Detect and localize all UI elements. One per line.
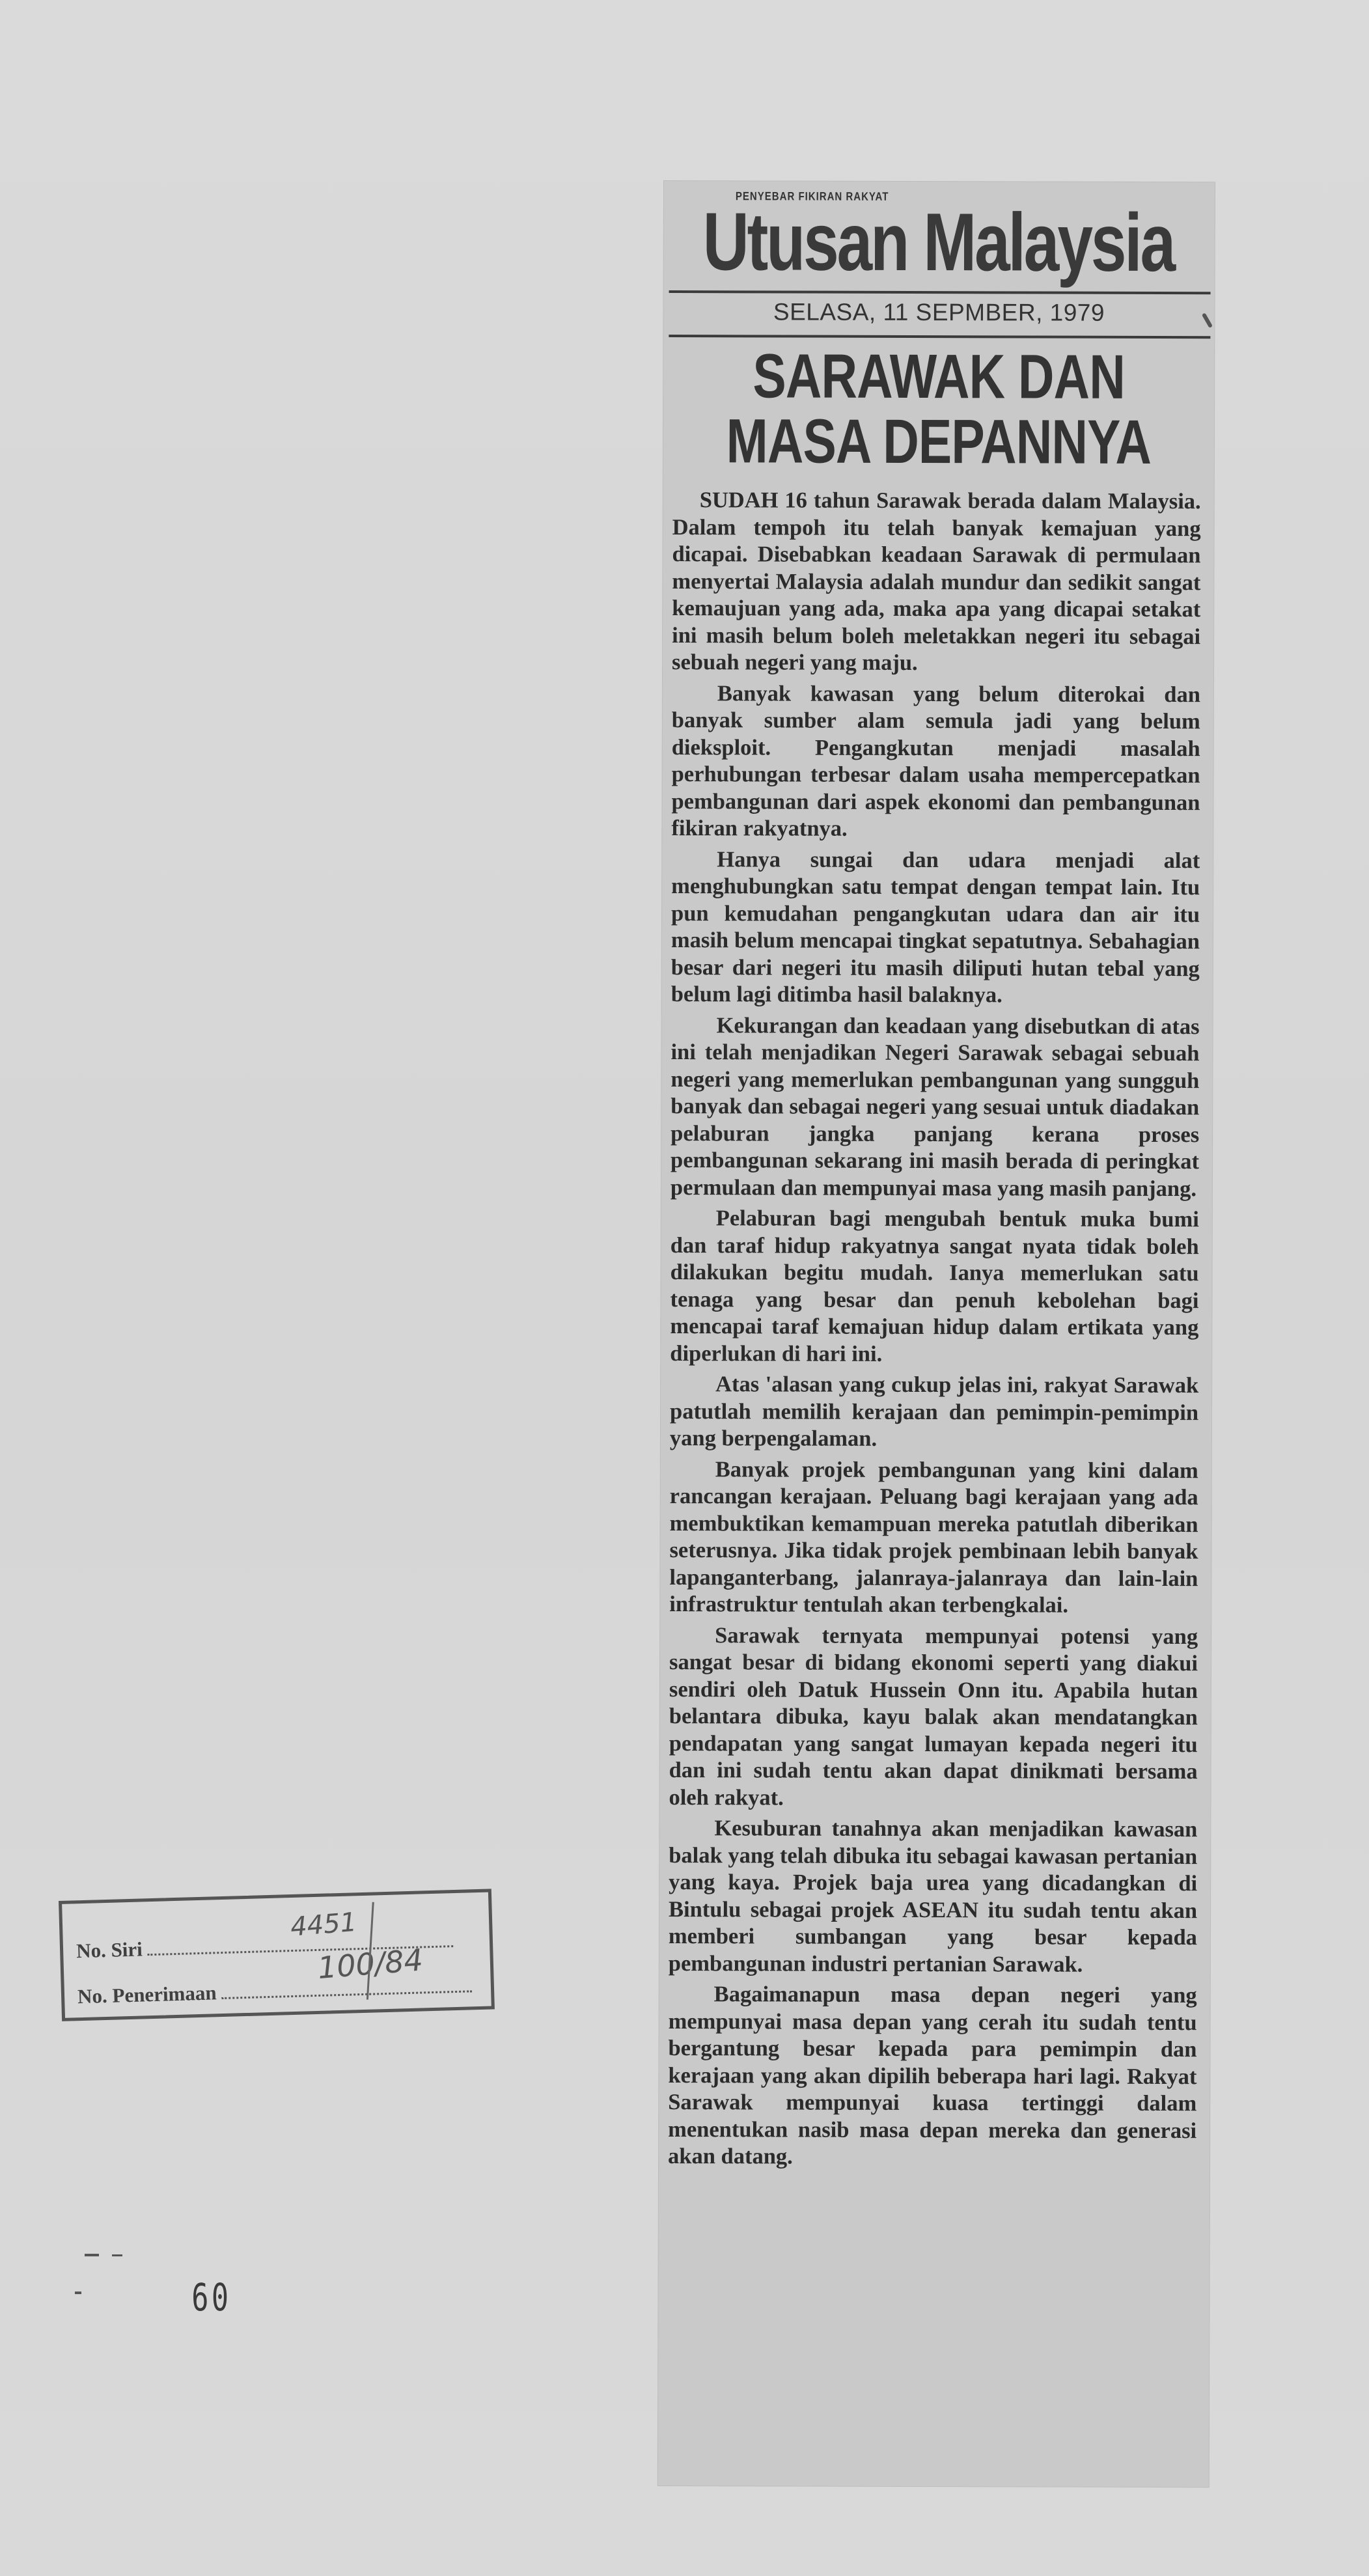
masthead: Utusan Malaysia PENYEBAR FIKIRAN RAKYAT — [664, 181, 1215, 293]
article-paragraph: Kesuburan tanahnya akan menjadikan kawas… — [669, 1815, 1198, 1978]
headline-line-1: SARAWAK DAN — [719, 344, 1159, 410]
masthead-rule-top — [669, 290, 1211, 294]
headline-line-2: MASA DEPANNYA — [718, 409, 1159, 475]
page-number: 60 — [191, 2275, 231, 2320]
masthead-rule-bottom — [669, 335, 1210, 339]
article-paragraph: Atas 'alasan yang cukup jelas ini, rakya… — [670, 1371, 1198, 1454]
article-paragraph: Banyak projek pembangunan yang kini dala… — [669, 1456, 1198, 1620]
archive-stamp: No. Siri No. Penerimaan 4451 100/84 — [59, 1889, 495, 2021]
article-headline: SARAWAK DAN MASA DEPANNYA — [718, 344, 1159, 475]
article-paragraph: Kekurangan dan keadaan yang disebutkan d… — [671, 1012, 1200, 1203]
article-paragraph: Pelaburan bagi mengubah bentuk muka bumi… — [670, 1205, 1199, 1368]
article-paragraph: Hanya sungai dan udara menjadi alat meng… — [671, 846, 1200, 1010]
margin-dash — [75, 2292, 81, 2294]
stamp-siri-label: No. Siri — [76, 1937, 143, 1962]
dateline: SELASA, 11 SEPMBER, 1979 — [663, 298, 1214, 327]
stamp-penerimaan-label: No. Penerimaan — [77, 1981, 217, 2008]
newspaper-title: Utusan Malaysia — [703, 193, 1089, 292]
article-paragraph: Banyak kawasan yang belum diterokai dan … — [671, 680, 1200, 844]
article-paragraph: SUDAH 16 tahun Sarawak berada dalam Mala… — [672, 487, 1201, 678]
margin-dash — [85, 2254, 99, 2256]
archive-page: Utusan Malaysia PENYEBAR FIKIRAN RAKYAT … — [0, 0, 1369, 2576]
handwritten-siri-number: 4451 — [290, 1907, 358, 1943]
newspaper-tagline: PENYEBAR FIKIRAN RAKYAT — [736, 190, 889, 204]
article-paragraph: Sarawak ternyata mempunyai potensi yang … — [669, 1622, 1198, 1813]
stamp-penerimaan-row: No. Penerimaan — [77, 1974, 473, 2008]
margin-dash — [112, 2254, 122, 2256]
article-body: SUDAH 16 tahun Sarawak berada dalam Mala… — [668, 487, 1201, 2176]
article-paragraph: Bagaimanapun masa depan negeri yang memp… — [668, 1981, 1197, 2172]
newspaper-clipping: Utusan Malaysia PENYEBAR FIKIRAN RAKYAT … — [658, 181, 1215, 2487]
